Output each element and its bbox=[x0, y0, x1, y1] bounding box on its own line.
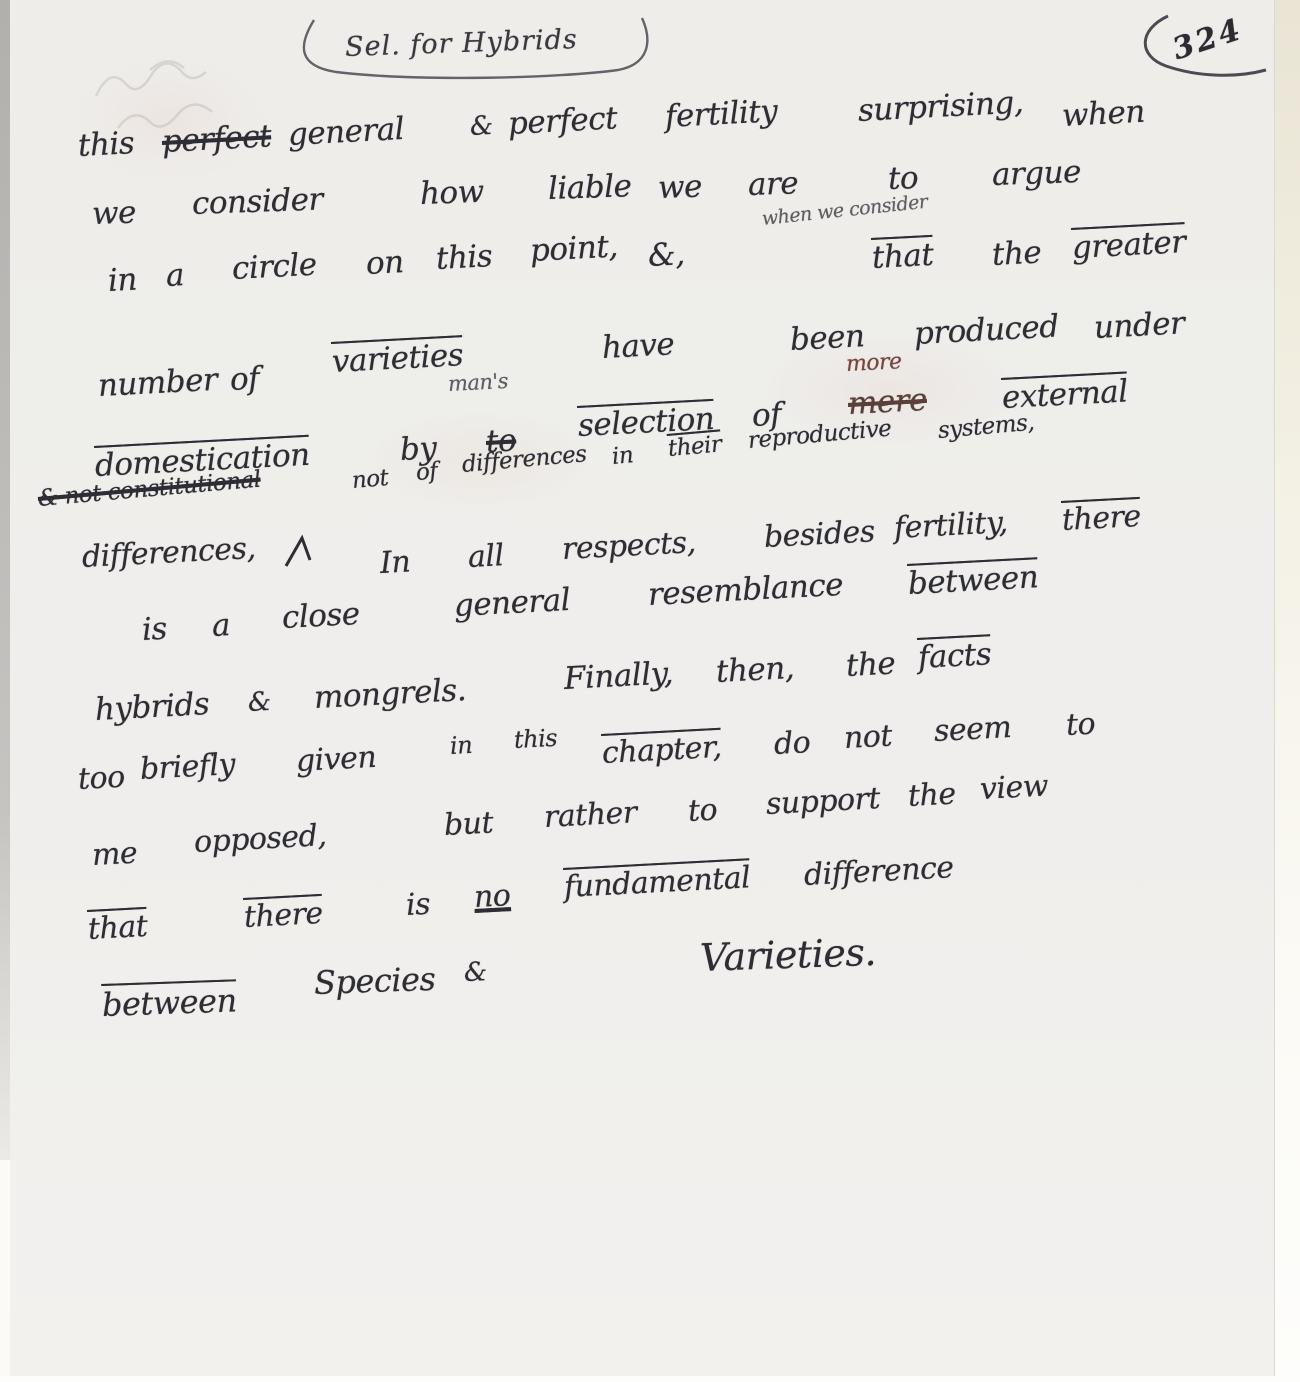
handwritten-word: point, bbox=[529, 228, 618, 269]
handwritten-word: that bbox=[87, 909, 148, 947]
handwritten-word: the bbox=[845, 645, 896, 684]
handwritten-word: rather bbox=[543, 795, 637, 835]
handwritten-word: consider bbox=[191, 181, 323, 222]
handwritten-word: have bbox=[601, 326, 675, 366]
handwritten-word: under bbox=[1093, 305, 1185, 346]
handwritten-word: between bbox=[101, 981, 237, 1024]
handwritten-word: are bbox=[747, 165, 798, 203]
handwritten-word: to bbox=[687, 792, 718, 828]
handwritten-word: more bbox=[845, 349, 902, 377]
handwritten-word: opposed, bbox=[193, 818, 327, 860]
handwritten-word: there bbox=[1061, 499, 1141, 538]
handwritten-word: their bbox=[667, 431, 723, 462]
handwritten-word: no bbox=[473, 878, 511, 915]
handwritten-word: hybrids bbox=[94, 686, 210, 728]
handwritten-word: & bbox=[247, 687, 271, 718]
handwritten-word: to bbox=[1065, 706, 1096, 742]
handwritten-word: greater bbox=[1071, 224, 1186, 266]
handwritten-word: general bbox=[453, 582, 571, 624]
handwritten-word: all bbox=[467, 538, 504, 575]
handwritten-word: this bbox=[513, 724, 558, 754]
handwritten-word: not bbox=[843, 719, 893, 756]
handwritten-word: fertility, bbox=[893, 505, 1008, 546]
handwritten-word: besides bbox=[763, 514, 875, 555]
handwritten-word: & bbox=[463, 957, 487, 988]
handwritten-word: close bbox=[281, 596, 360, 636]
manuscript-scan: Sel. for Hybrids 324 thisperfectgeneral&… bbox=[0, 0, 1300, 1382]
handwritten-word: on bbox=[365, 244, 404, 282]
handwritten-word: when bbox=[1061, 94, 1146, 134]
handwritten-word: fertility bbox=[664, 93, 778, 135]
handwritten-word: this bbox=[77, 125, 135, 164]
handwritten-word: In bbox=[379, 544, 411, 581]
handwritten-word: facts bbox=[917, 636, 992, 676]
handwritten-word: between bbox=[907, 559, 1039, 602]
handwritten-word: number bbox=[97, 362, 218, 404]
handwritten-word: & bbox=[469, 111, 493, 142]
handwritten-word: &, bbox=[647, 236, 685, 274]
handwritten-word: external bbox=[1001, 373, 1129, 416]
handwritten-word: given bbox=[295, 740, 377, 779]
handwritten-word: view bbox=[979, 768, 1049, 807]
handwritten-word: there bbox=[243, 896, 323, 935]
scanner-edge-right bbox=[1275, 0, 1300, 1382]
handwritten-word: that bbox=[871, 237, 934, 276]
handwritten-word: we bbox=[657, 168, 702, 206]
handwritten-word: this bbox=[435, 238, 493, 277]
handwritten-word: circle bbox=[231, 247, 317, 287]
handwritten-word: is bbox=[141, 611, 168, 648]
handwritten-word: Species bbox=[313, 960, 436, 1002]
handwritten-word: perfect bbox=[507, 100, 618, 142]
handwritten-word: me bbox=[91, 836, 138, 873]
handwritten-word: a bbox=[211, 607, 231, 644]
handwritten-word: in bbox=[449, 731, 473, 760]
handwritten-word: in bbox=[107, 262, 138, 299]
handwritten-word: argue bbox=[991, 154, 1081, 193]
handwritten-word: in bbox=[611, 442, 634, 470]
handwritten-word: perfect bbox=[161, 118, 272, 160]
scanner-edge-left bbox=[0, 0, 10, 1160]
handwritten-word: man's bbox=[447, 369, 508, 396]
handwritten-word: chapter, bbox=[601, 730, 722, 771]
handwritten-word: the bbox=[991, 234, 1042, 273]
handwritten-word: support bbox=[765, 781, 881, 822]
handwritten-word: briefly bbox=[139, 747, 236, 787]
handwritten-word: liable bbox=[547, 168, 632, 207]
handwritten-word: Varieties. bbox=[699, 930, 876, 980]
handwritten-word: general bbox=[287, 111, 405, 153]
handwritten-word: do bbox=[773, 725, 811, 762]
handwritten-word: the bbox=[907, 777, 956, 814]
handwritten-word: of bbox=[415, 458, 439, 486]
handwritten-word: seem bbox=[933, 710, 1012, 749]
handwritten-word: we bbox=[91, 194, 136, 232]
handwritten-word: of bbox=[229, 360, 260, 397]
handwritten-word: too bbox=[77, 760, 125, 797]
handwritten-word: varieties bbox=[331, 337, 464, 380]
handwritten-word: but bbox=[443, 805, 494, 843]
handwritten-word: produced bbox=[913, 308, 1059, 352]
handwritten-word: Finally, bbox=[563, 655, 674, 697]
handwritten-word: not bbox=[351, 465, 390, 494]
handwritten-word: respects, bbox=[561, 525, 696, 567]
handwritten-word: a bbox=[165, 257, 185, 294]
scanner-edge-bottom bbox=[0, 1376, 1300, 1382]
handwritten-word: is bbox=[405, 887, 431, 923]
handwritten-word: then, bbox=[715, 650, 795, 690]
handwritten-word: how bbox=[419, 174, 484, 212]
